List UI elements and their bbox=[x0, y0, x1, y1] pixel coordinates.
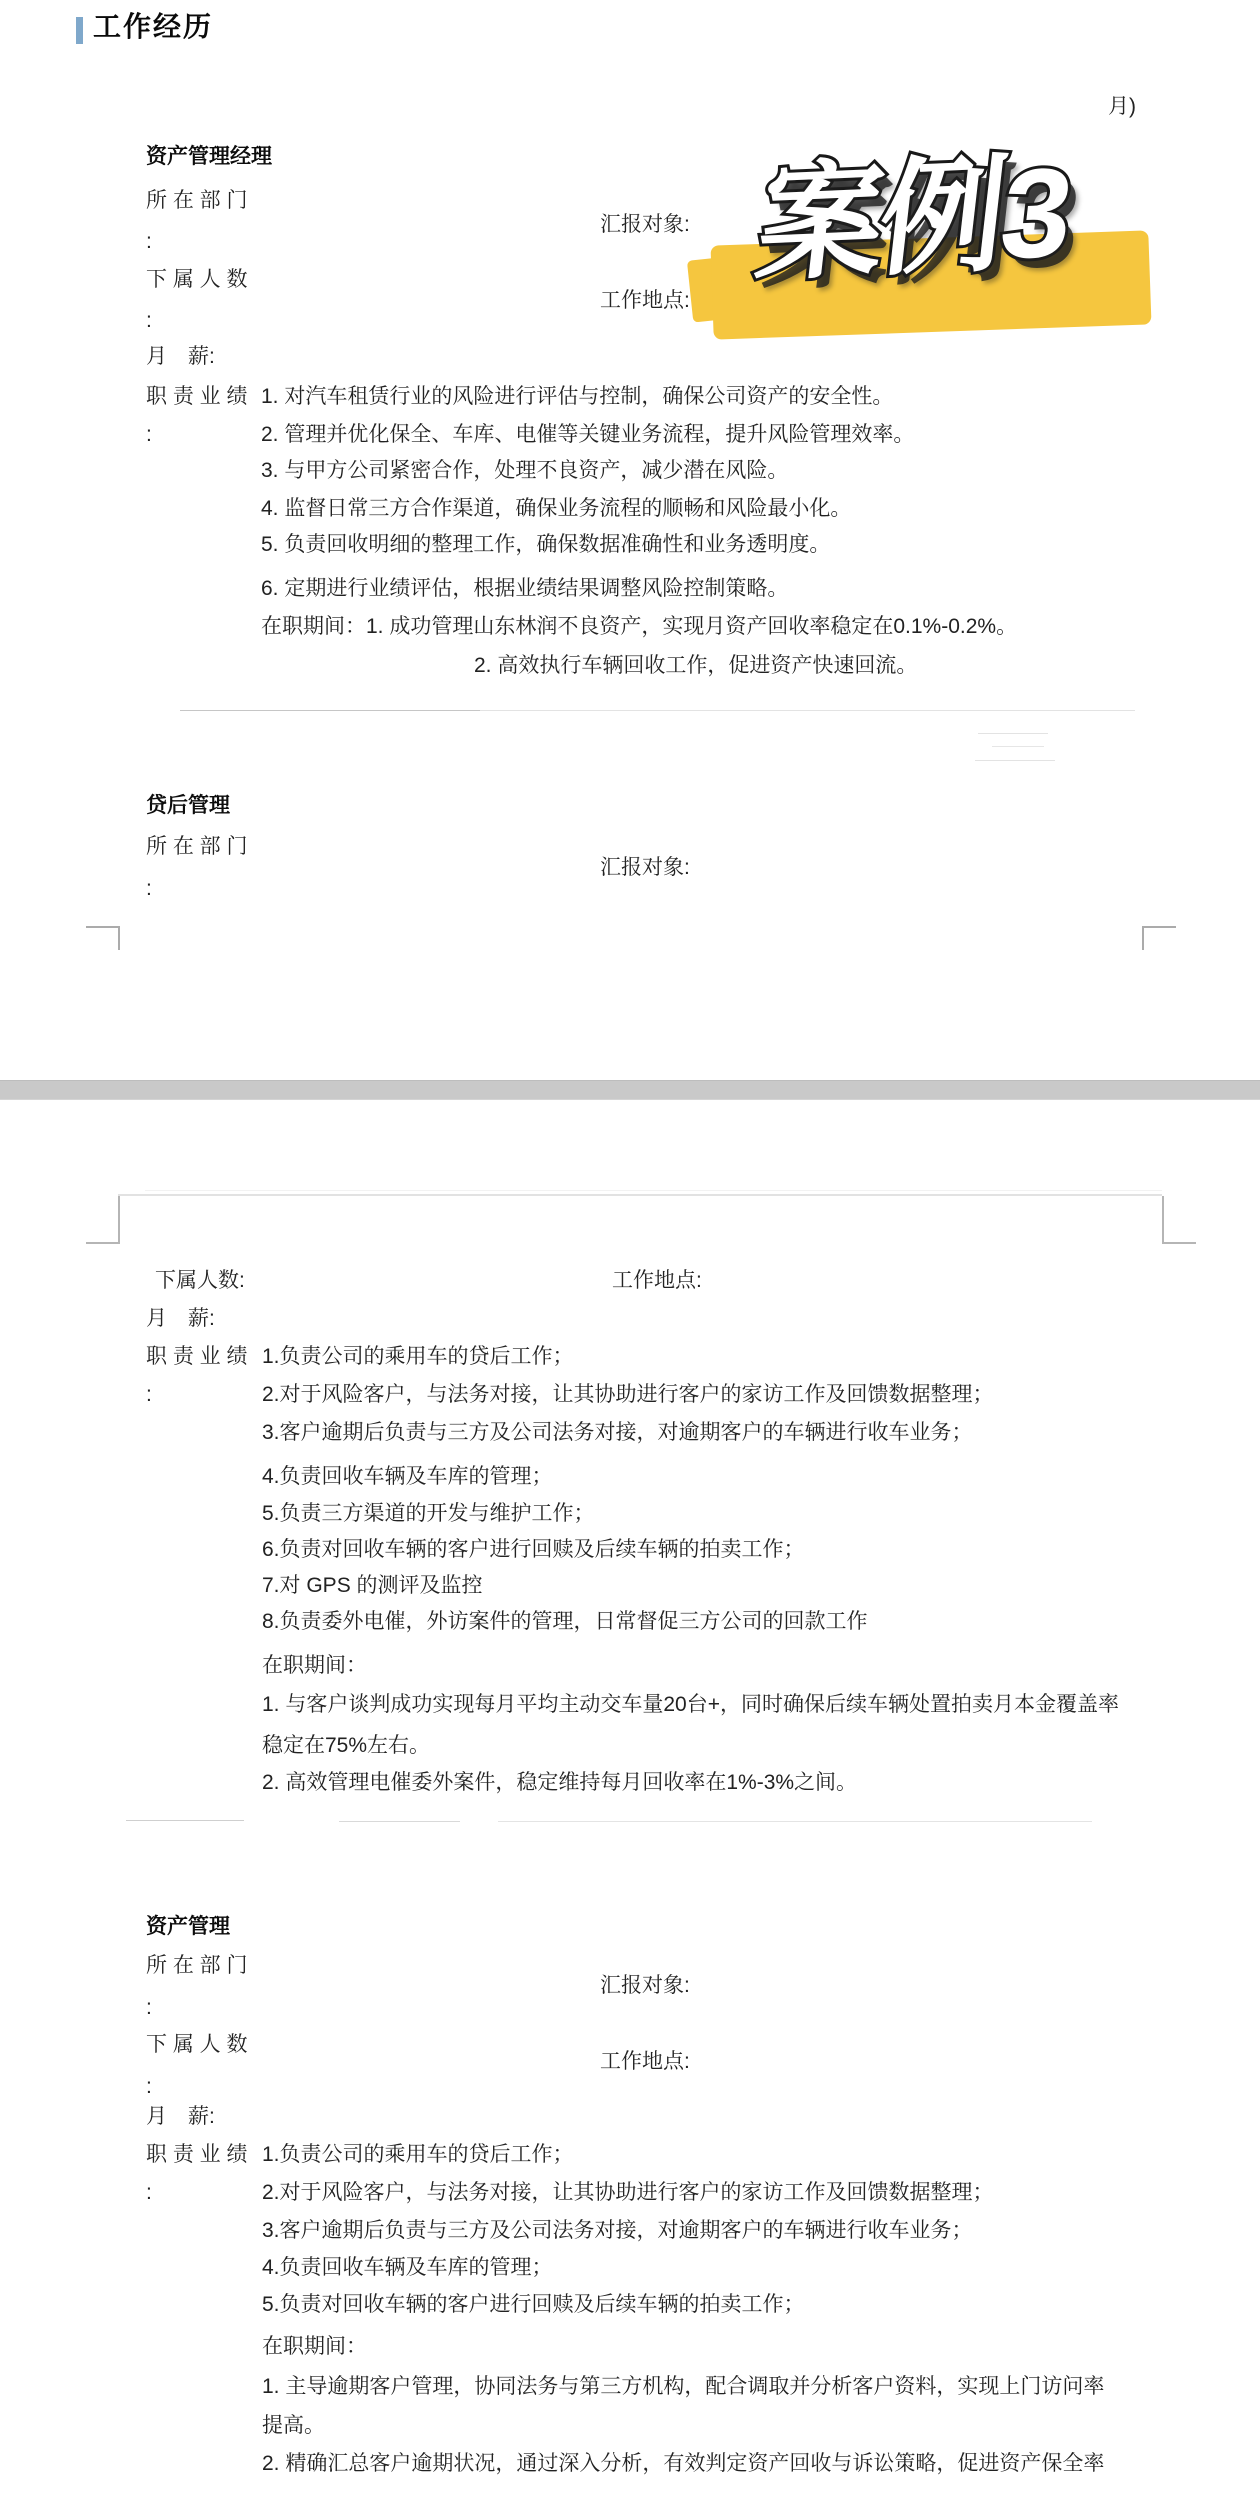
job2-duty-7: 7.对 GPS 的测评及监控 bbox=[262, 1575, 483, 1596]
divider-artifact bbox=[339, 1821, 460, 1822]
job2-title: 贷后管理 bbox=[146, 795, 230, 816]
job1-duty-6: 6. 定期进行业绩评估，根据业绩结果调整风险控制策略。 bbox=[261, 578, 788, 599]
job2-duty-3: 3.客户逾期后负责与三方及公司法务对接，对逾期客户的车辆进行收车业务； bbox=[262, 1422, 973, 1443]
page2-corner-mark-right bbox=[1162, 1196, 1196, 1244]
job2-duty-4: 4.负责回收车辆及车库的管理； bbox=[262, 1466, 553, 1487]
job1-dept-colon: : bbox=[146, 231, 152, 252]
job1-duty-2: 2. 管理并优化保全、车库、电催等关键业务流程，提升风险管理效率。 bbox=[261, 424, 914, 445]
job3-salary-label: 月 薪: bbox=[146, 2106, 215, 2127]
job1-salary-label: 月 薪: bbox=[146, 346, 215, 367]
divider-artifact bbox=[992, 746, 1044, 747]
job3-tenure-label: 在职期间： bbox=[262, 2336, 367, 2357]
job3-duty-1: 1.负责公司的乘用车的贷后工作； bbox=[262, 2144, 574, 2165]
job2-duty-5: 5.负责三方渠道的开发与维护工作； bbox=[262, 1503, 595, 1524]
job3-achievement-1: 1. 主导逾期客户管理，协同法务与第三方机构，配合调取并分析客户资料，实现上门访… bbox=[262, 2376, 1104, 2397]
job3-dept-label: 所 在 部 门 bbox=[146, 1955, 248, 1976]
job2-report-label: 汇报对象: bbox=[600, 857, 690, 878]
job1-tenure-line2: 2. 高效执行车辆回收工作，促进资产快速回流。 bbox=[474, 655, 917, 676]
job3-subordinates-colon: : bbox=[146, 2076, 152, 2097]
job2-achievement-2: 2. 高效管理电催委外案件，稳定维持每月回收率在1%-3%之间。 bbox=[262, 1772, 857, 1793]
heading-accent-bar bbox=[76, 17, 83, 44]
job3-achievement-2: 2. 精确汇总客户逾期状况，通过深入分析，有效判定资产回收与诉讼策略，促进资产保… bbox=[262, 2453, 1104, 2474]
job2-dept-label: 所 在 部 门 bbox=[146, 836, 248, 857]
job3-achievement-1-wrap: 提高。 bbox=[262, 2415, 325, 2436]
job1-title: 资产管理经理 bbox=[146, 146, 272, 167]
job2-duty-label: 职 责 业 绩 bbox=[146, 1346, 248, 1367]
page2-top-edge-soft bbox=[145, 1190, 1162, 1191]
job1-duty-4: 4. 监督日常三方合作渠道，确保业务流程的顺畅和风险最小化。 bbox=[261, 498, 851, 519]
job1-duty-5: 5. 负责回收明细的整理工作，确保数据准确性和业务透明度。 bbox=[261, 534, 830, 555]
job3-report-label: 汇报对象: bbox=[600, 1975, 690, 1996]
case-stamp: 案例3 bbox=[690, 148, 1200, 348]
job3-title: 资产管理 bbox=[146, 1916, 230, 1937]
document-page: 工作经历 月) 案例3 资产管理经理 所 在 部 门 : 汇报对象: 下 属 人… bbox=[0, 0, 1260, 2503]
job3-location-label: 工作地点: bbox=[600, 2051, 690, 2072]
job1-report-label: 汇报对象: bbox=[600, 214, 690, 235]
job1-dept-label: 所 在 部 门 bbox=[146, 190, 248, 211]
job2-tenure-label: 在职期间： bbox=[262, 1655, 367, 1676]
job3-duty-5: 5.负责对回收车辆的客户进行回赎及后续车辆的拍卖工作； bbox=[262, 2294, 805, 2315]
page1-corner-mark-right bbox=[1142, 926, 1176, 950]
job3-duty-4: 4.负责回收车辆及车库的管理； bbox=[262, 2257, 553, 2278]
job2-salary-label: 月 薪: bbox=[146, 1308, 215, 1329]
job1-location-label: 工作地点: bbox=[600, 290, 690, 311]
job1-tenure-line1: 在职期间：1. 成功管理山东林润不良资产，实现月资产回收率稳定在0.1%-0.2… bbox=[261, 616, 1017, 637]
job1-subordinates-colon: : bbox=[146, 310, 152, 331]
page2-corner-mark-left bbox=[86, 1196, 120, 1244]
job1-duty-1: 1. 对汽车租赁行业的风险进行评估与控制，确保公司资产的安全性。 bbox=[261, 386, 893, 407]
stamp-text: 案例3 bbox=[751, 149, 1075, 289]
job3-duty-2: 2.对于风险客户，与法务对接，让其协助进行客户的家访工作及回馈数据整理； bbox=[262, 2182, 994, 2203]
job2-achievement-1: 1. 与客户谈判成功实现每月平均主动交车量20台+，同时确保后续车辆处置拍卖月本… bbox=[262, 1694, 1119, 1715]
job1-duty-label: 职 责 业 绩 bbox=[146, 386, 248, 407]
job2-duty-8: 8.负责委外电催，外访案件的管理，日常督促三方公司的回款工作 bbox=[262, 1611, 868, 1632]
job2-dept-colon: : bbox=[146, 878, 152, 899]
divider-artifact bbox=[975, 760, 1055, 761]
page-separator-band bbox=[0, 1080, 1260, 1100]
job2-duty-2: 2.对于风险客户，与法务对接，让其协助进行客户的家访工作及回馈数据整理； bbox=[262, 1384, 994, 1405]
divider-artifact bbox=[978, 733, 1048, 734]
job3-duty-label: 职 责 业 绩 bbox=[146, 2144, 248, 2165]
divider-artifact bbox=[498, 1821, 1092, 1822]
page2-top-edge bbox=[118, 1194, 1162, 1196]
job1-duty-3: 3. 与甲方公司紧密合作，处理不良资产，减少潜在风险。 bbox=[261, 460, 788, 481]
job3-dept-colon: : bbox=[146, 1997, 152, 2018]
job2-achievement-1-wrap: 稳定在75%左右。 bbox=[262, 1735, 430, 1756]
job1-duty-colon: : bbox=[146, 424, 152, 445]
job3-duty-colon: : bbox=[146, 2182, 152, 2203]
page1-corner-mark-left bbox=[86, 926, 120, 950]
job2-duty-colon: : bbox=[146, 1384, 152, 1405]
divider-artifact bbox=[180, 710, 480, 711]
job2-duty-1: 1.负责公司的乘用车的贷后工作； bbox=[262, 1346, 574, 1367]
job3-duty-3: 3.客户逾期后负责与三方及公司法务对接，对逾期客户的车辆进行收车业务； bbox=[262, 2220, 973, 2241]
job2-location-label: 工作地点: bbox=[612, 1270, 702, 1291]
job2-subordinates-label: 下属人数: bbox=[155, 1270, 245, 1291]
job2-duty-6: 6.负责对回收车辆的客户进行回赎及后续车辆的拍卖工作； bbox=[262, 1539, 805, 1560]
divider-artifact bbox=[480, 710, 1135, 711]
divider-artifact bbox=[126, 1820, 244, 1821]
page-title: 工作经历 bbox=[93, 13, 213, 41]
date-fragment: 月) bbox=[1108, 96, 1136, 117]
job3-subordinates-label: 下 属 人 数 bbox=[146, 2034, 248, 2055]
job1-subordinates-label: 下 属 人 数 bbox=[146, 269, 248, 290]
